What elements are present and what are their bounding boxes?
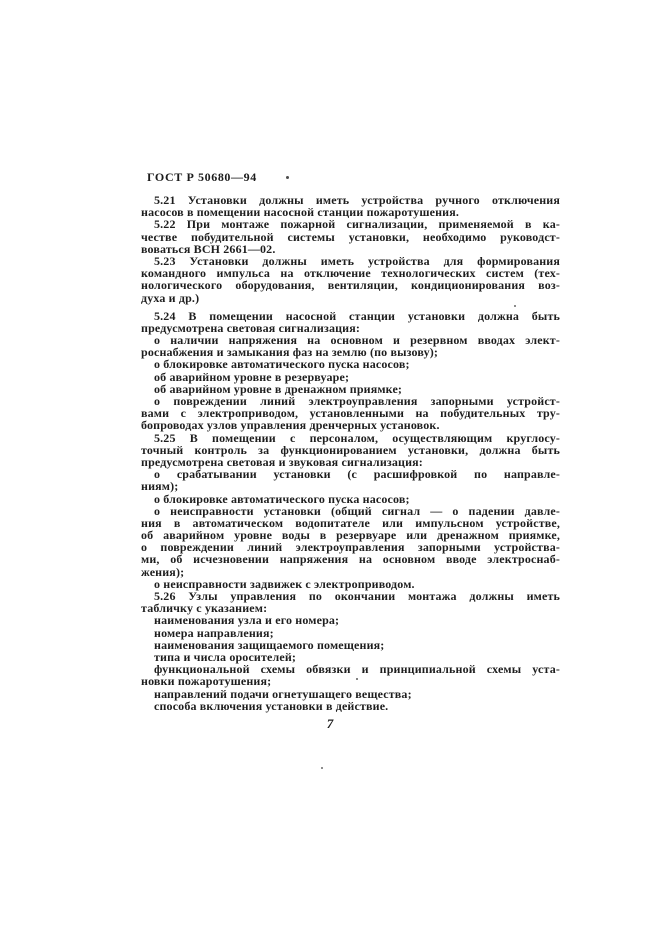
- text-line: бопроводах узлов управления дренчерных у…: [141, 419, 560, 431]
- text-line: 5.22 При монтаже пожарной сигнализации, …: [141, 218, 560, 230]
- document-header-gost-number: ГОСТ Р 50680—94: [147, 170, 257, 185]
- text-line: о блокировке автоматического пуска насос…: [141, 358, 560, 370]
- text-block: 5.21 Установки должны иметь устройства р…: [141, 194, 560, 712]
- scan-speck: [514, 305, 516, 307]
- text-line: направлений подачи огнетушащего вещества…: [141, 688, 560, 700]
- scan-speck: [321, 767, 323, 769]
- text-line: нологического оборудования, вентиляции, …: [141, 279, 560, 291]
- text-line: духа и др.): [141, 292, 560, 304]
- text-line: новки пожаротушения;: [141, 675, 560, 687]
- scan-speck: [356, 678, 358, 680]
- scan-speck: [286, 176, 289, 179]
- text-line: способа включения установки в действие.: [141, 700, 560, 712]
- text-line: честве побудительной системы установки, …: [141, 231, 560, 243]
- text-line: ниям);: [141, 480, 560, 492]
- text-line: номера направления;: [141, 627, 560, 639]
- text-line: о блокировке автоматического пуска насос…: [141, 493, 560, 505]
- text-line: жения);: [141, 566, 560, 578]
- text-line: 5.25 В помещении с персоналом, осуществл…: [141, 432, 560, 444]
- text-line: об аварийном уровне в резервуаре;: [141, 371, 560, 383]
- scanned-document-page: ГОСТ Р 50680—94 5.21 Установки должны им…: [0, 0, 661, 935]
- page-number: 7: [322, 716, 338, 732]
- text-line: ми, об исчезновении напряжения на основн…: [141, 553, 560, 565]
- text-line: наименования узла и его номера;: [141, 614, 560, 626]
- text-line: о срабатывании установки (с расшифровкой…: [141, 468, 560, 480]
